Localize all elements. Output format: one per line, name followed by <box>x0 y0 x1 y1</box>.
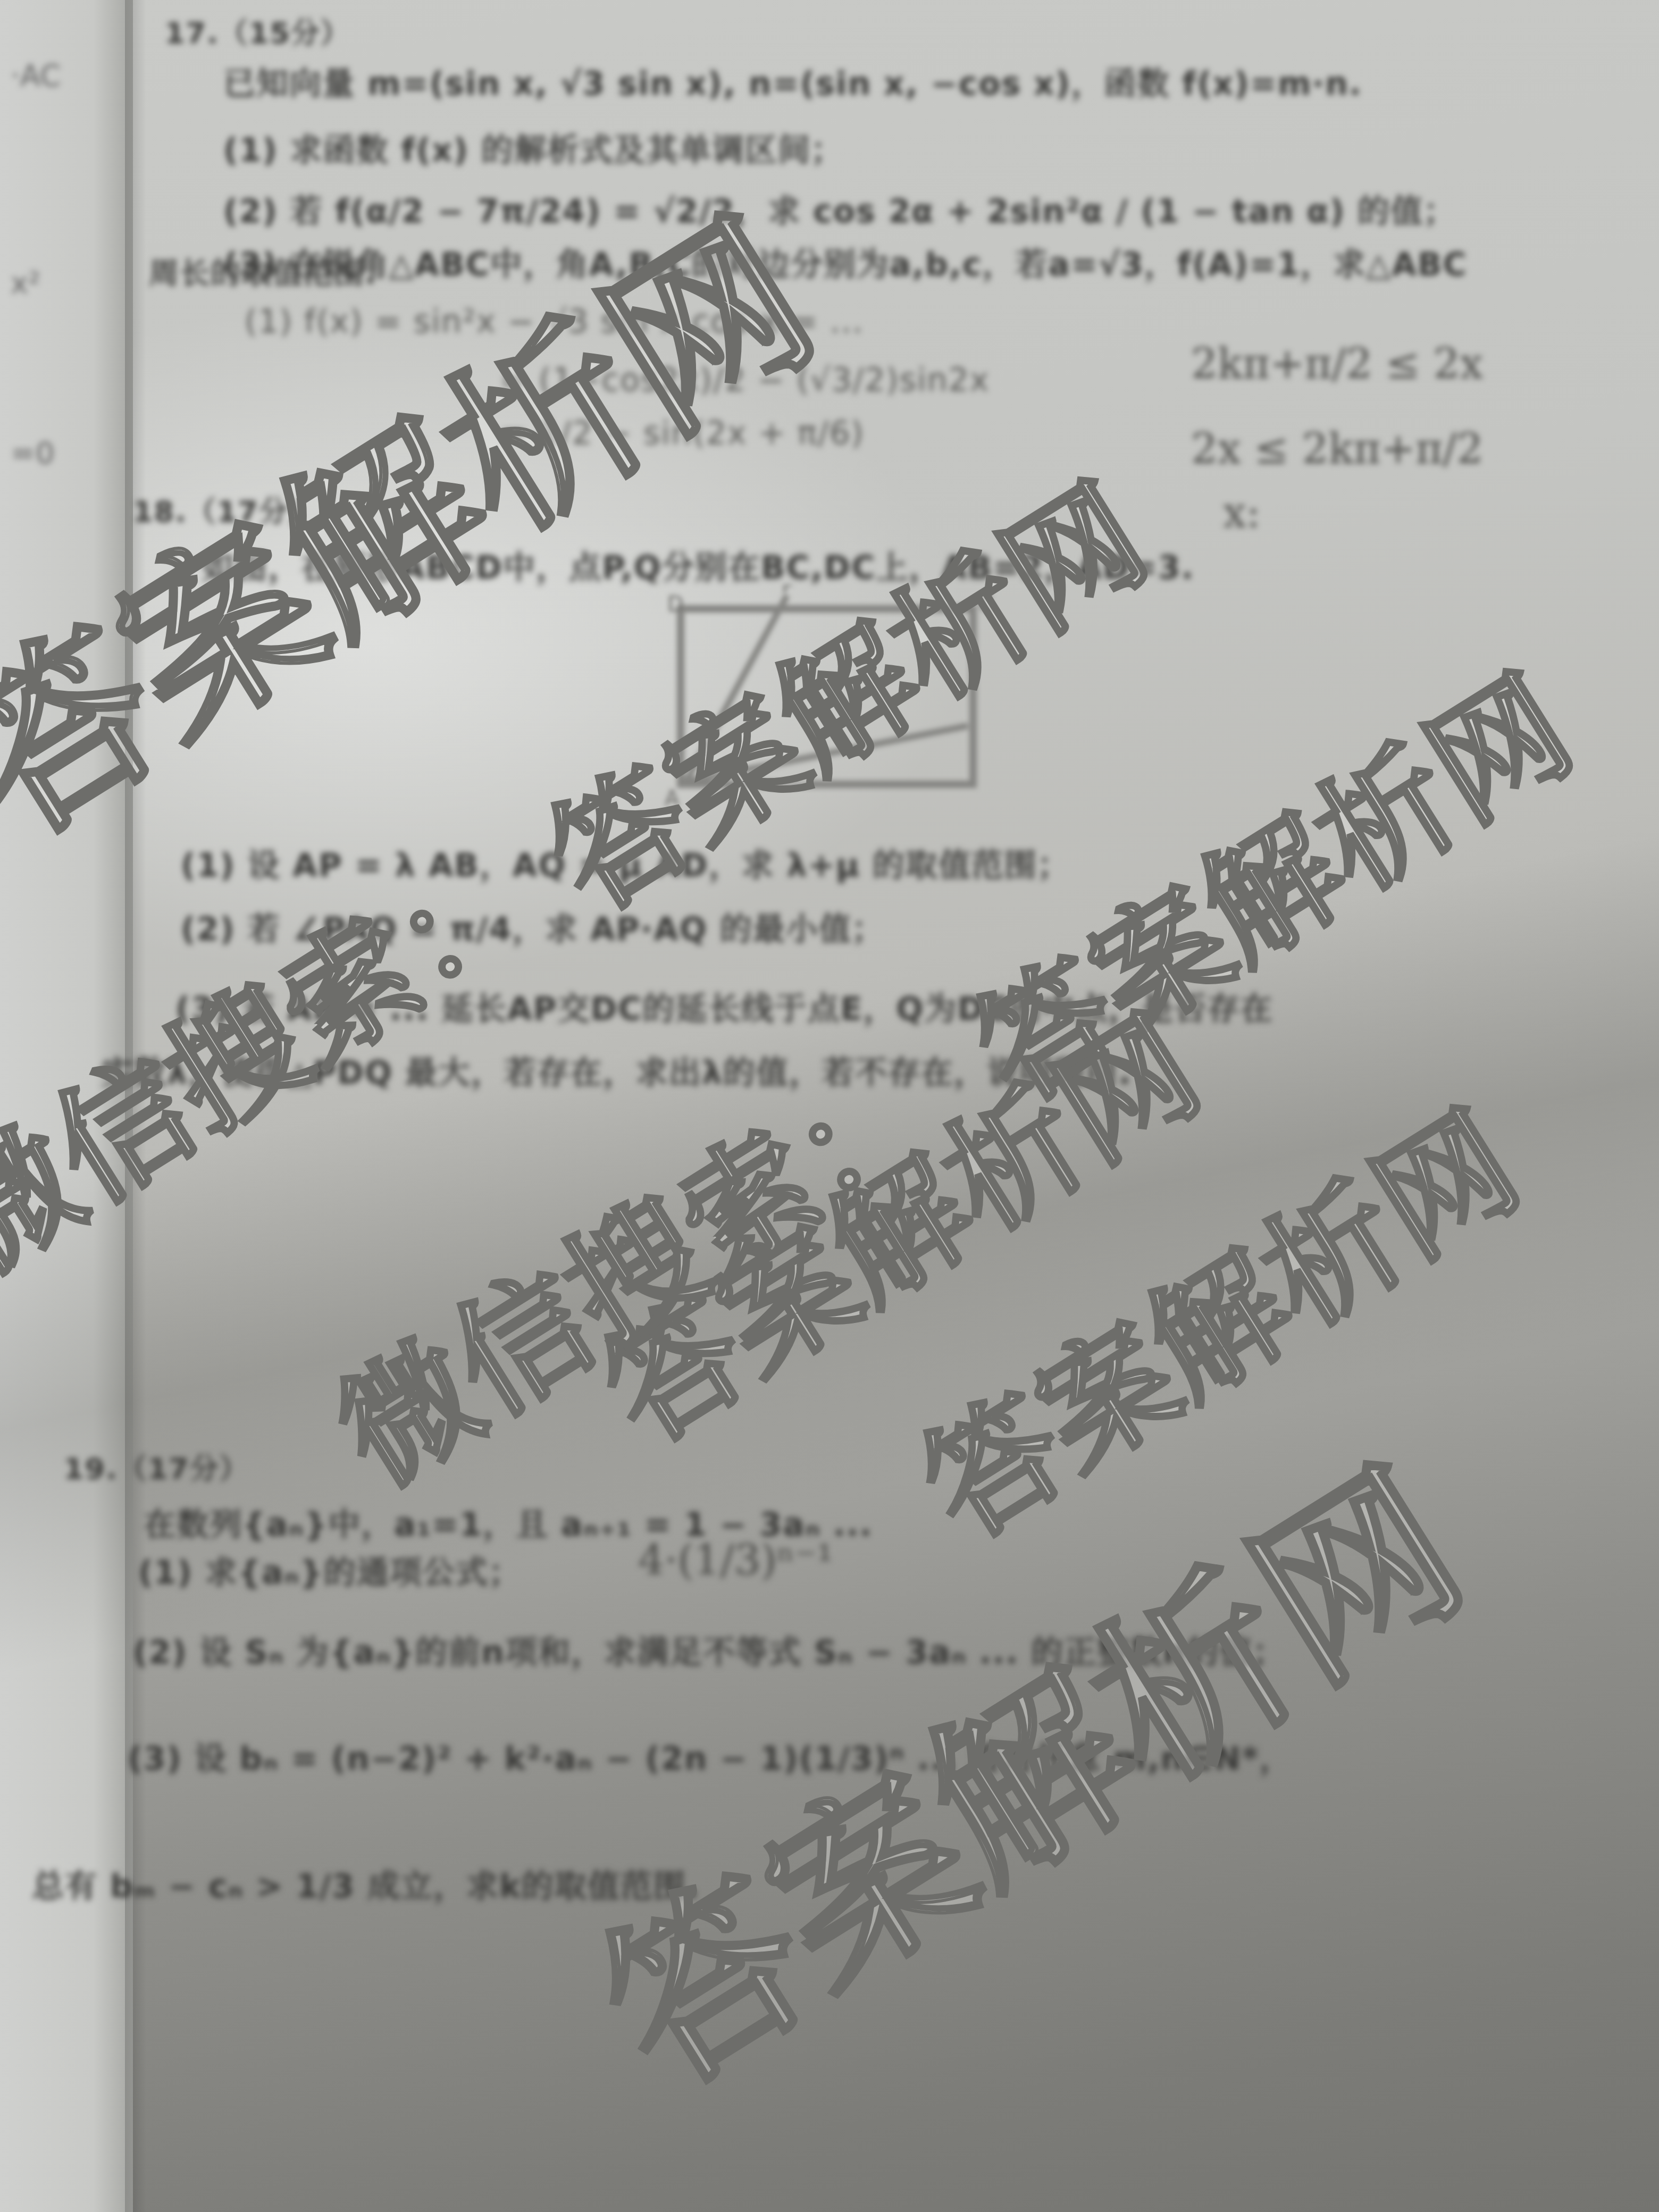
problem18-part1: (1) 设 AP = λ AB，AQ = μ AD，求 λ+μ 的取值范围； <box>181 840 1070 886</box>
problem17-part3-cont: 周长的取值范围. <box>149 250 377 292</box>
problem17-work-line: (1) f(x) = sin²x − √3 sin x cos x = ... <box>245 303 864 340</box>
problem18-given: 如图，在矩形ABCD中，点P,Q分别在BC,DC上，AB=2，AD=3. <box>202 542 1194 588</box>
vertex-label: C <box>978 592 993 617</box>
problem19-part3: (3) 设 bₙ = (n−2)² + k²·aₙ − (2n − 1)(1/3… <box>128 1733 1293 1779</box>
problem17-work-line: = (1−cos2x)/2 − (√3/2)sin2x <box>500 362 990 399</box>
problem19-part2: (2) 设 Sₙ 为{aₙ}的前n项和，求满足不等式 Sₙ − 3aₙ ... … <box>133 1627 1286 1673</box>
handwritten-answer: 4·(1/3)ⁿ⁻¹ <box>638 1537 833 1585</box>
problem19-part3-cont: 总有 bₘ − cₙ > 1/3 成立，求k的取值范围. <box>32 1861 700 1907</box>
problem18-part3: (3) 若 AP = ... 延长AP交DC的延长线于点E，Q为DC的中点，是否… <box>175 984 1273 1029</box>
problem17-given: 已知向量 m=(sin x, √3 sin x), n=(sin x, −cos… <box>223 58 1362 104</box>
problem18-part2: (2) 若 ∠PAQ = π/4，求 AP·AQ 的最小值； <box>181 904 885 950</box>
problem18-part3-cont: 实数λ，使得△PDQ 最大，若存在，求出λ的值，若不存在，说明理由. <box>101 1048 1132 1093</box>
problem17-part3: (3) 在锐角△ABC中，角A,B,C的对边分别为a,b,c，若a=√3，f(A… <box>223 239 1468 285</box>
problem17-part1: (1) 求函数 f(x) 的解析式及其单调区间； <box>223 125 844 171</box>
vertex-label: D <box>667 592 684 617</box>
vertex-label: P <box>782 585 794 598</box>
problem17-header: 17.（15分） <box>165 11 350 52</box>
left-fragment: ·AC <box>11 58 61 93</box>
problem17-work-line: = 1/2 − sin(2x + π/6) <box>500 415 865 452</box>
problem19-part1: (1) 求{aₙ}的通项公式； <box>138 1547 522 1593</box>
vertex-label: A <box>665 786 680 808</box>
handwritten-note: 2x ≤ 2kπ+π/2 <box>1191 425 1483 473</box>
problem17-part2: (2) 若 f(α/2 − 7π/24) = √2/2，求 cos 2α + 2… <box>223 186 1456 232</box>
exam-page: ·AC x² =0 17.（15分） 已知向量 m=(sin x, √3 sin… <box>0 0 1659 2212</box>
handwritten-note: x: <box>1223 489 1260 537</box>
problem19-header: 19.（17分） <box>64 1446 249 1487</box>
rectangle-diagram: D P C A <box>638 585 1010 808</box>
handwritten-note: 2kπ+π/2 ≤ 2x <box>1191 340 1483 388</box>
left-fragment: =0 <box>11 436 55 471</box>
problem18-header: 18.（17分） <box>133 489 319 530</box>
left-fragment: x² <box>11 266 40 300</box>
